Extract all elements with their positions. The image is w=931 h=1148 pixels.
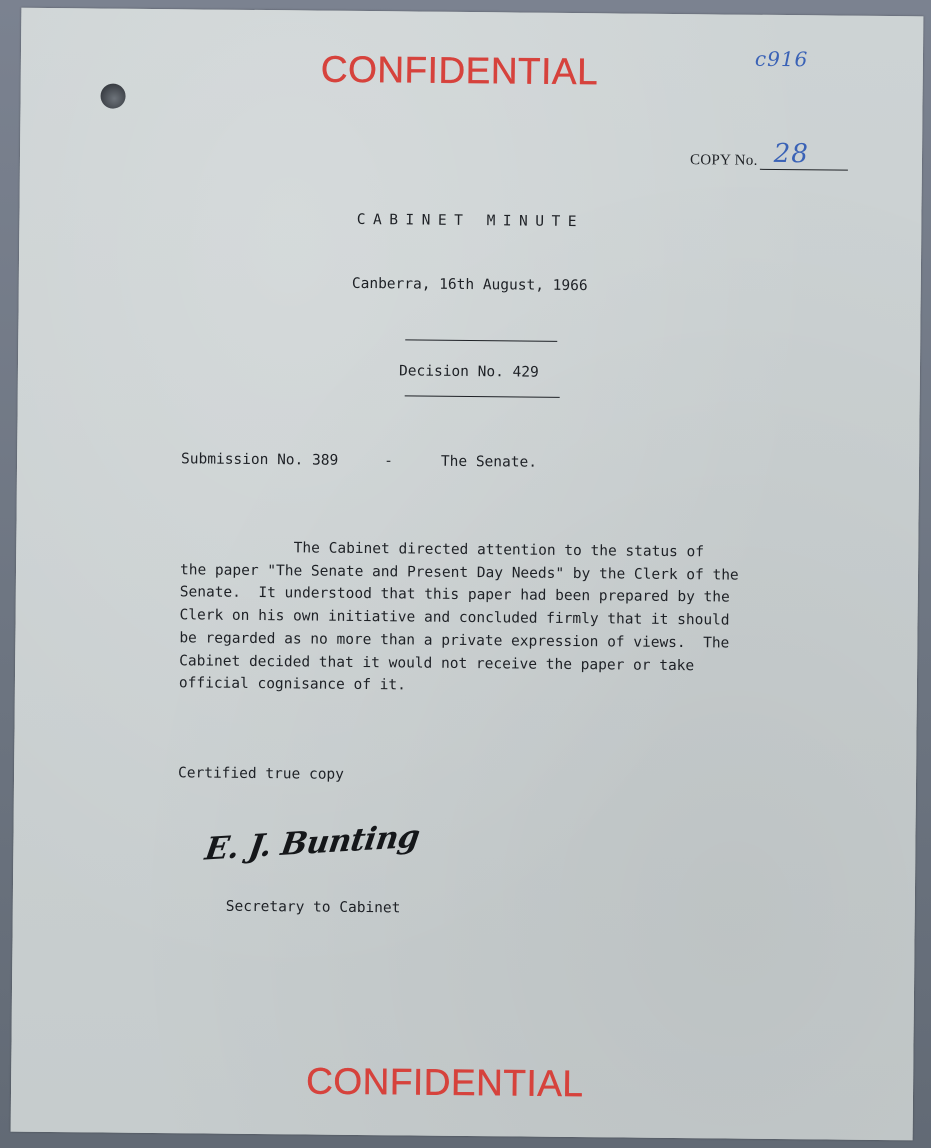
certification-text: Certified true copy [178, 766, 344, 782]
handwritten-reference-code: c916 [755, 47, 809, 72]
signatory-title: Secretary to Cabinet [226, 900, 401, 916]
punch-hole [100, 83, 125, 108]
copy-number-label: COPY No. [690, 152, 758, 170]
divider-bottom [405, 395, 560, 397]
body-line: official cognisance of it. [179, 672, 799, 701]
submission-line: Submission No. 389-The Senate. [181, 452, 537, 470]
minute-body: The Cabinet directed attention to the st… [179, 536, 800, 701]
dateline: Canberra, 16th August, 1966 [19, 274, 921, 297]
copy-number-line: COPY No. 28 [690, 146, 848, 171]
copy-number-field: 28 [760, 147, 848, 171]
submission-subject: The Senate. [441, 454, 537, 471]
document-title: CABINET MINUTE [19, 210, 921, 233]
confidential-stamp-bottom: CONFIDENTIAL [306, 1062, 584, 1102]
submission-number: Submission No. 389 [181, 451, 338, 469]
document-page: CONFIDENTIAL c916 COPY No. 28 CABINET MI… [11, 8, 924, 1141]
confidential-stamp-top: CONFIDENTIAL [321, 51, 599, 91]
copy-number-value: 28 [774, 139, 809, 169]
decision-number: Decision No. 429 [18, 361, 920, 384]
submission-separator: - [384, 453, 393, 469]
signature: E. J. Bunting [203, 818, 422, 867]
divider-top [405, 339, 557, 341]
